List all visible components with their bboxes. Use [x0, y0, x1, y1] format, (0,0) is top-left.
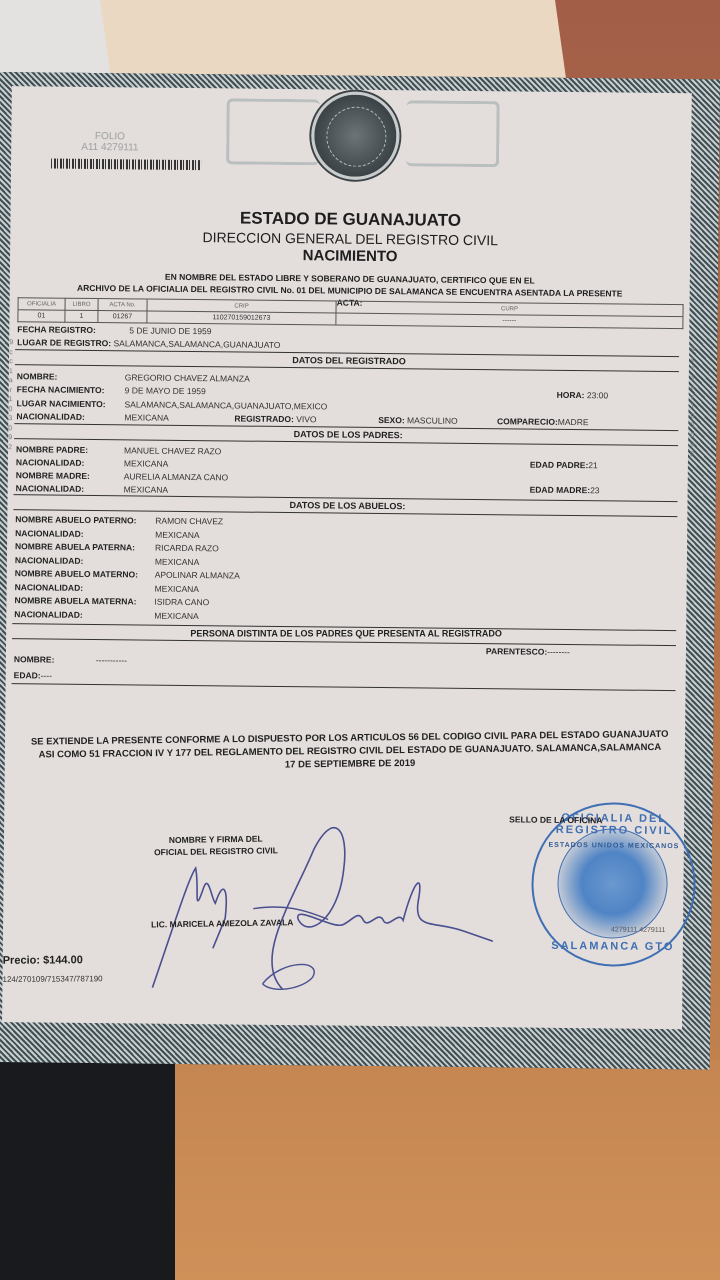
office-seal-stamp: OFICIALIA DEL REGISTRO CIVIL ESTADOS UNI…	[531, 802, 697, 968]
seal-ring-inner: ESTADOS UNIDOS MEXICANOS	[534, 842, 694, 851]
folio-label: FOLIO	[81, 131, 138, 143]
aztec-fret-left-ornament	[226, 98, 320, 165]
aztec-fret-right-ornament	[406, 100, 500, 167]
abuelos-row: NACIONALIDAD:MEXICANA	[15, 555, 200, 567]
seal-number: 4279111 4279111	[611, 926, 665, 934]
lugar-registro-row: LUGAR DE REGISTRO: SALAMANCA,SALAMANCA,G…	[17, 337, 280, 350]
edad-padre-row: EDAD PADRE:21	[530, 460, 598, 471]
divider	[12, 683, 676, 691]
madre-nacionalidad-row: NACIONALIDAD:MEXICANA	[16, 483, 169, 495]
header-oficialia: OFICIALIA	[18, 298, 65, 310]
header-titles: ESTADO DE GUANAJUATO DIRECCION GENERAL D…	[10, 206, 691, 312]
reference-codes: 124/270109/715347/787190	[2, 974, 102, 984]
folio-number: A11 4279111	[81, 142, 138, 154]
abuelos-row: NACIONALIDAD:MEXICANA	[14, 609, 199, 621]
handwritten-signature	[132, 807, 494, 1001]
fecha-nacimiento-row: FECHA NACIMIENTO:9 DE MAYO DE 1959	[17, 384, 569, 400]
seal-ring-bottom: SALAMANCA GTO	[533, 940, 693, 954]
madre-row: NOMBRE MADRE:AURELIA ALMANZA CANO	[16, 470, 228, 482]
closing-statement: SE EXTIENDE LA PRESENTE CONFORME A LO DI…	[5, 727, 695, 774]
divider	[12, 638, 676, 646]
national-coat-of-arms-icon	[311, 91, 400, 180]
barcode	[51, 159, 201, 171]
abuelos-row: NOMBRE ABUELA PATERNA:RICARDA RAZO	[15, 541, 219, 553]
abuelos-row: NACIONALIDAD:MEXICANA	[15, 528, 200, 540]
margin-code-left: 9cc1ar103092	[6, 338, 15, 452]
dark-object	[0, 1060, 200, 1280]
price: Precio: $144.00	[3, 954, 83, 967]
background-folder	[100, 0, 566, 80]
seal-label: SELLO DE LA OFICINA	[509, 814, 602, 825]
parentesco-row: PARENTESCO:--------	[486, 646, 570, 657]
libro-value: 1	[65, 310, 98, 322]
margin-code-right: 9cc1ar103092	[688, 345, 697, 459]
background-paper	[0, 0, 116, 80]
padre-row: NOMBRE PADRE:MANUEL CHAVEZ RAZO	[16, 444, 221, 456]
persona-nombre-row: NOMBRE:-----------	[14, 654, 127, 665]
certificate-sheet: FOLIO A11 4279111 ESTADO DE GUANAJUATO D…	[2, 86, 692, 1029]
lugar-nacimiento-row: LUGAR NACIMIENTO:SALAMANCA,SALAMANCA,GUA…	[16, 398, 327, 411]
acta-value: 01267	[98, 311, 147, 324]
birth-certificate: FOLIO A11 4279111 ESTADO DE GUANAJUATO D…	[0, 72, 720, 1069]
persona-edad-row: EDAD:----	[14, 670, 52, 680]
header-acta: ACTA No.	[98, 299, 147, 312]
header-libro: LIBRO	[65, 298, 98, 310]
abuelos-row: NOMBRE ABUELO MATERNO:APOLINAR ALMANZA	[15, 568, 240, 580]
hora-row: HORA: 23:00	[557, 390, 609, 401]
nombre-row: NOMBRE:GREGORIO CHAVEZ ALMANZA	[17, 371, 250, 383]
crip-value: 110270159012673	[147, 311, 336, 325]
folio-block: FOLIO A11 4279111	[81, 131, 139, 154]
abuelos-row: NACIONALIDAD:MEXICANA	[15, 582, 200, 594]
curp-value: ------	[336, 313, 683, 329]
desk-surface	[175, 1060, 720, 1280]
abuelos-row: NOMBRE ABUELA MATERNA:ISIDRA CANO	[14, 595, 209, 607]
fecha-registro-row: FECHA REGISTRO:5 DE JUNIO DE 1959	[17, 324, 211, 336]
padre-nacionalidad-row: NACIONALIDAD:MEXICANA	[16, 457, 169, 469]
abuelos-row: NOMBRE ABUELO PATERNO:RAMON CHAVEZ	[15, 514, 223, 526]
section-persona-distinta: PERSONA DISTINTA DE LOS PADRES QUE PRESE…	[6, 629, 686, 639]
edad-madre-row: EDAD MADRE:23	[530, 485, 600, 496]
oficialia-value: 01	[18, 310, 65, 322]
